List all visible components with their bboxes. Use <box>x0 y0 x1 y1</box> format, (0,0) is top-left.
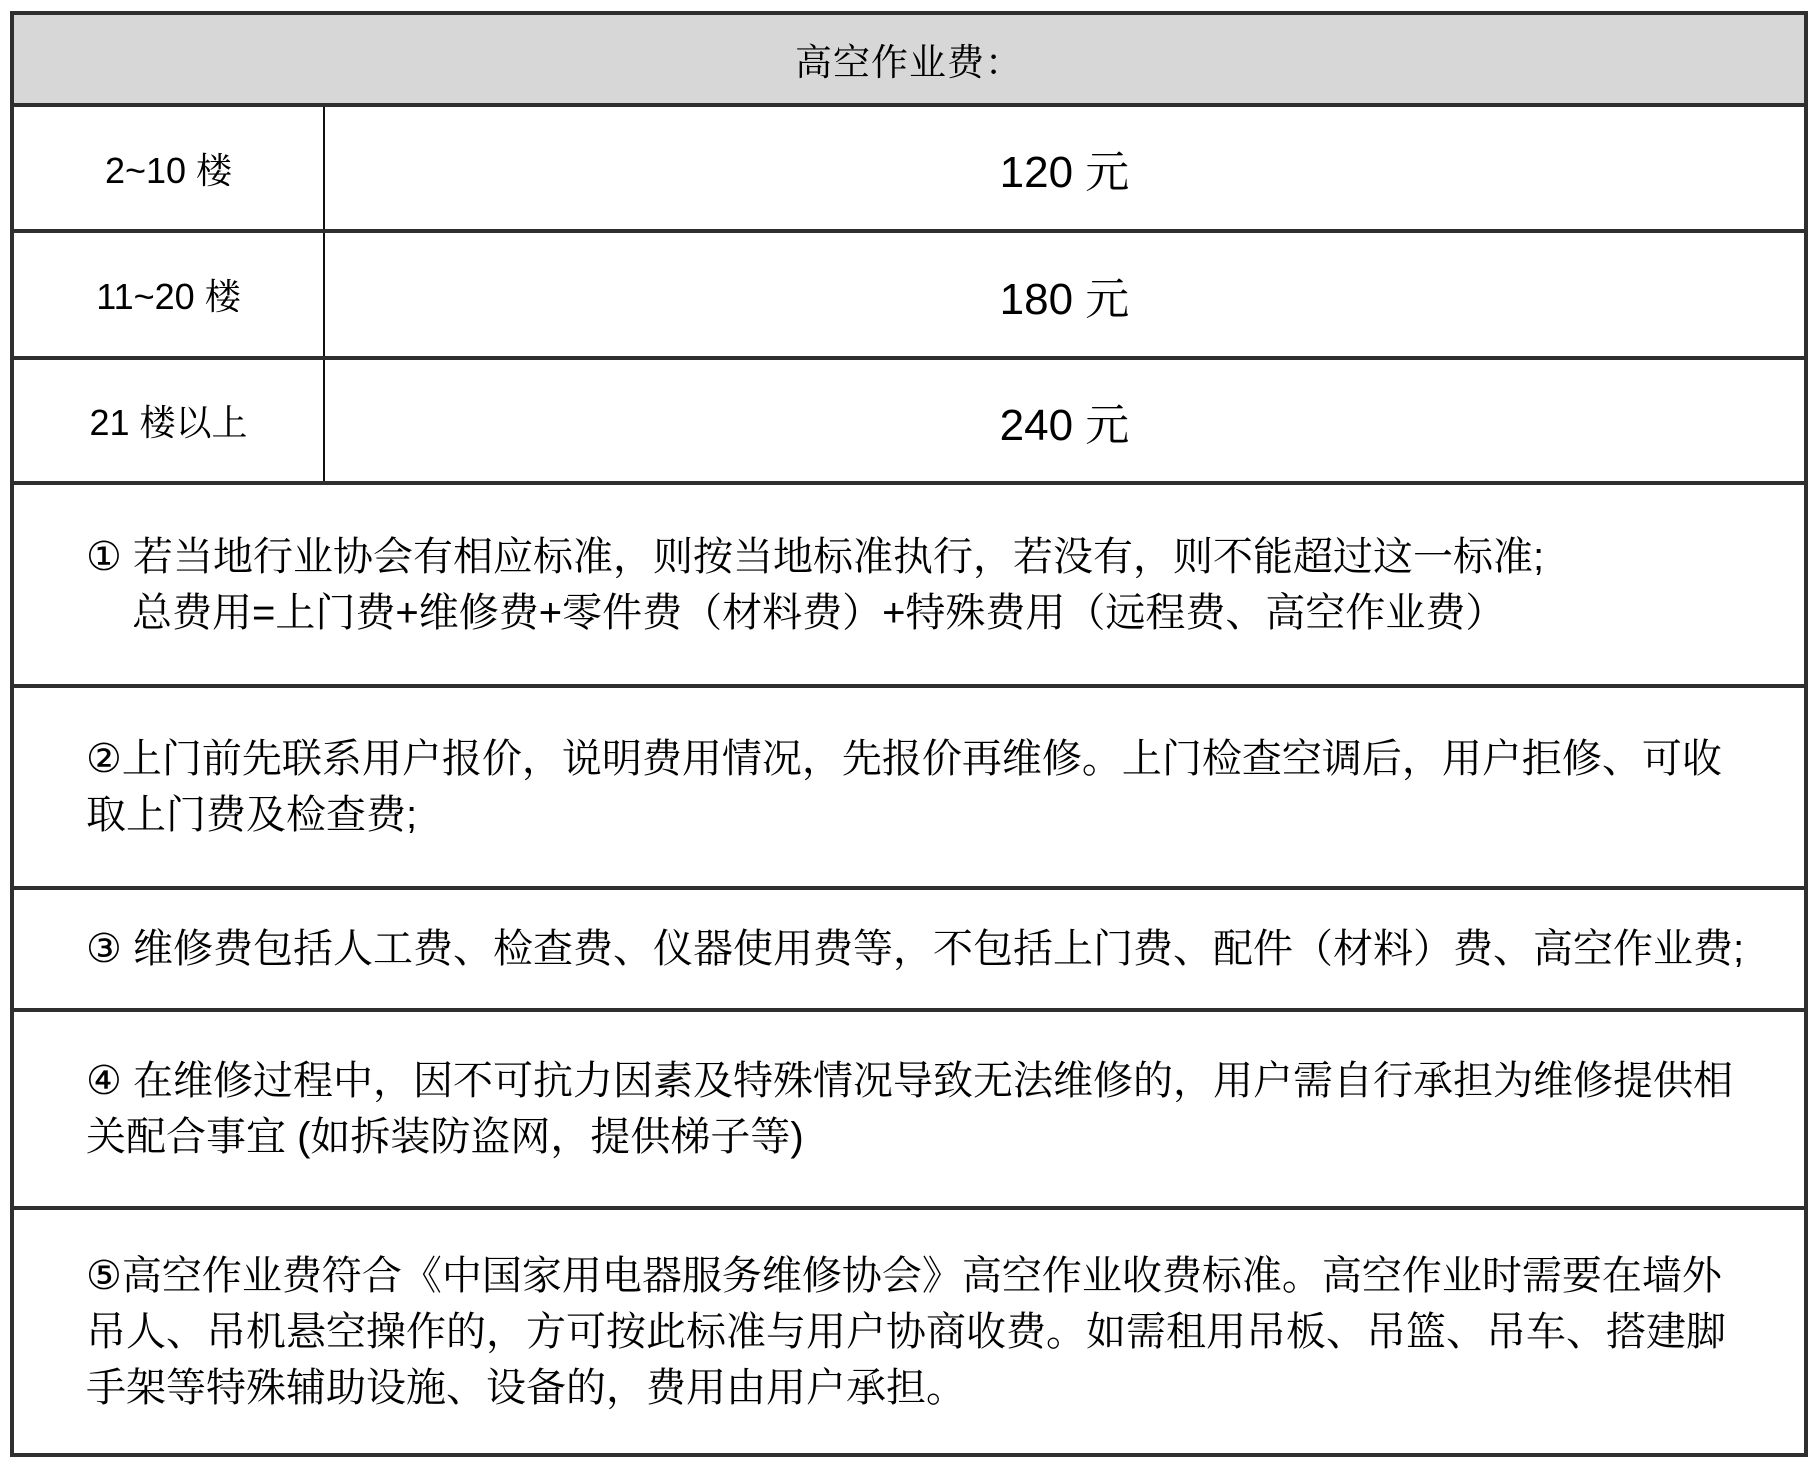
table-row-floors-2-10: 2~10 楼 120 元 <box>14 107 1804 233</box>
note-5-line-3: 手架等特殊辅助设施、设备的，费用由用户承担。 <box>86 1360 1764 1416</box>
note-1-line-1: ① 若当地行业协会有相应标准，则按当地标准执行，若没有，则不能超过这一标准; <box>86 529 1764 585</box>
note-3-line-1: ③ 维修费包括人工费、检查费、仪器使用费等，不包括上门费、配件（材料）费、高空作… <box>86 921 1764 977</box>
note-5-line-1: ⑤高空作业费符合《中国家用电器服务维修协会》高空作业收费标准。高空作业时需要在墙… <box>86 1248 1764 1304</box>
floor-range-cell: 21 楼以上 <box>14 360 325 481</box>
floor-range-cell: 2~10 楼 <box>14 107 325 229</box>
table-row-note-4: ④ 在维修过程中，因不可抗力因素及特殊情况导致无法维修的，用户需自行承担为维修提… <box>14 1012 1804 1210</box>
table-row-note-5: ⑤高空作业费符合《中国家用电器服务维修协会》高空作业收费标准。高空作业时需要在墙… <box>14 1210 1804 1453</box>
note-4-line-1: ④ 在维修过程中，因不可抗力因素及特殊情况导致无法维修的，用户需自行承担为维修提… <box>86 1053 1764 1109</box>
table-row-floors-21-up: 21 楼以上 240 元 <box>14 360 1804 485</box>
price-cell: 180 元 <box>325 233 1804 356</box>
table-row-floors-11-20: 11~20 楼 180 元 <box>14 233 1804 360</box>
note-5-line-2: 吊人、吊机悬空操作的，方可按此标准与用户协商收费。如需租用吊板、吊篮、吊车、搭建… <box>86 1304 1764 1360</box>
high-altitude-fee-table: 高空作业费： 2~10 楼 120 元 11~20 楼 180 元 21 楼以上… <box>10 11 1808 1457</box>
note-4-line-2: 关配合事宜 (如拆装防盗网，提供梯子等) <box>86 1109 1764 1165</box>
price-cell: 240 元 <box>325 360 1804 481</box>
table-row-note-1: ① 若当地行业协会有相应标准，则按当地标准执行，若没有，则不能超过这一标准; 总… <box>14 485 1804 688</box>
note-2-line-2: 取上门费及检查费; <box>86 787 1764 843</box>
table-row-note-3: ③ 维修费包括人工费、检查费、仪器使用费等，不包括上门费、配件（材料）费、高空作… <box>14 890 1804 1012</box>
floor-range-cell: 11~20 楼 <box>14 233 325 356</box>
price-cell: 120 元 <box>325 107 1804 229</box>
table-header-row: 高空作业费： <box>14 15 1804 107</box>
note-2-line-1: ②上门前先联系用户报价，说明费用情况，先报价再维修。上门检查空调后，用户拒修、可… <box>86 731 1764 787</box>
table-title: 高空作业费： <box>795 32 1023 86</box>
note-1-line-2: 总费用=上门费+维修费+零件费（材料费）+特殊费用（远程费、高空作业费） <box>86 585 1764 641</box>
table-row-note-2: ②上门前先联系用户报价，说明费用情况，先报价再维修。上门检查空调后，用户拒修、可… <box>14 688 1804 890</box>
